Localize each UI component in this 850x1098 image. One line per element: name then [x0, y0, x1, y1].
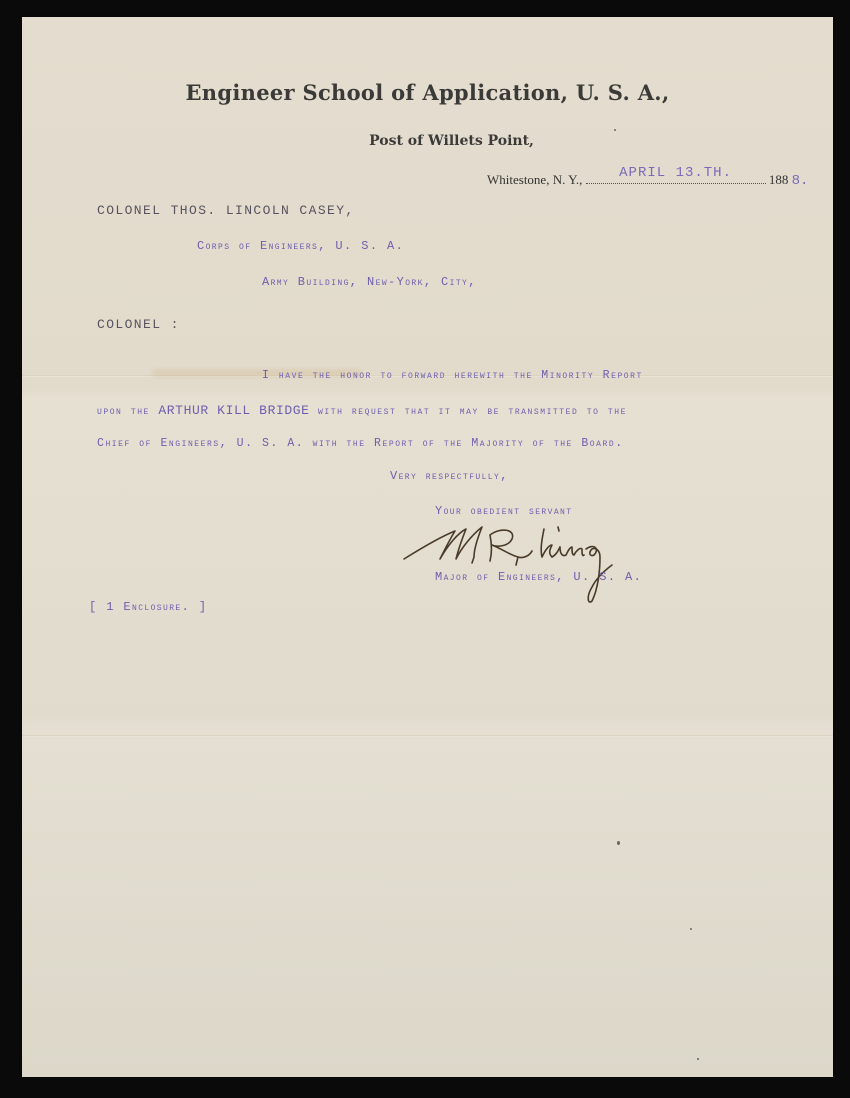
paper-speck	[614, 129, 616, 131]
paper-speck	[697, 1058, 699, 1060]
paper-speck	[617, 841, 620, 845]
body-line-3: Chief of Engineers, U. S. A. with the Re…	[97, 437, 624, 450]
year-suffix: 8.	[792, 173, 809, 189]
handwritten-signature	[400, 515, 630, 605]
recipient-name: COLONEL THOS. LINCOLN CASEY,	[97, 203, 355, 218]
fold-line	[22, 735, 833, 737]
bridge-name: ARTHUR KILL BRIDGE	[158, 403, 309, 418]
body-line-1: I have the honor to forward herewith the…	[262, 369, 643, 382]
dateline-place: Whitestone, N. Y.,	[487, 172, 582, 187]
date-blank: APRIL 13.TH.	[586, 171, 766, 184]
letterhead-title: Engineer School of Application, U. S. A.…	[22, 80, 833, 105]
signer-title: Major of Engineers, U. S. A.	[435, 570, 642, 584]
recipient-address-line-1: Corps of Engineers, U. S. A.	[197, 239, 404, 253]
body-line-2: upon the ARTHUR KILL BRIDGE with request…	[97, 403, 627, 418]
letter-sheet: Engineer School of Application, U. S. A.…	[22, 17, 833, 1077]
year-prefix: 188	[769, 172, 789, 187]
paper-speck	[690, 928, 692, 930]
recipient-address-line-2: Army Building, New-York, City,	[262, 275, 477, 289]
enclosure-note: [ 1 Enclosure. ]	[89, 600, 207, 614]
body-line-2-end: with request that it may be transmitted …	[310, 405, 627, 418]
body-line-2-start: upon the	[97, 405, 158, 418]
typed-date: APRIL 13.TH.	[586, 165, 766, 181]
letterhead-subtitle: Post of Willets Point,	[22, 133, 833, 149]
closing-phrase: Very respectfully,	[390, 469, 509, 483]
salutation: COLONEL :	[97, 317, 180, 332]
scan-background: Engineer School of Application, U. S. A.…	[0, 0, 850, 1098]
dateline: Whitestone, N. Y., APRIL 13.TH. 188 8.	[487, 171, 808, 189]
